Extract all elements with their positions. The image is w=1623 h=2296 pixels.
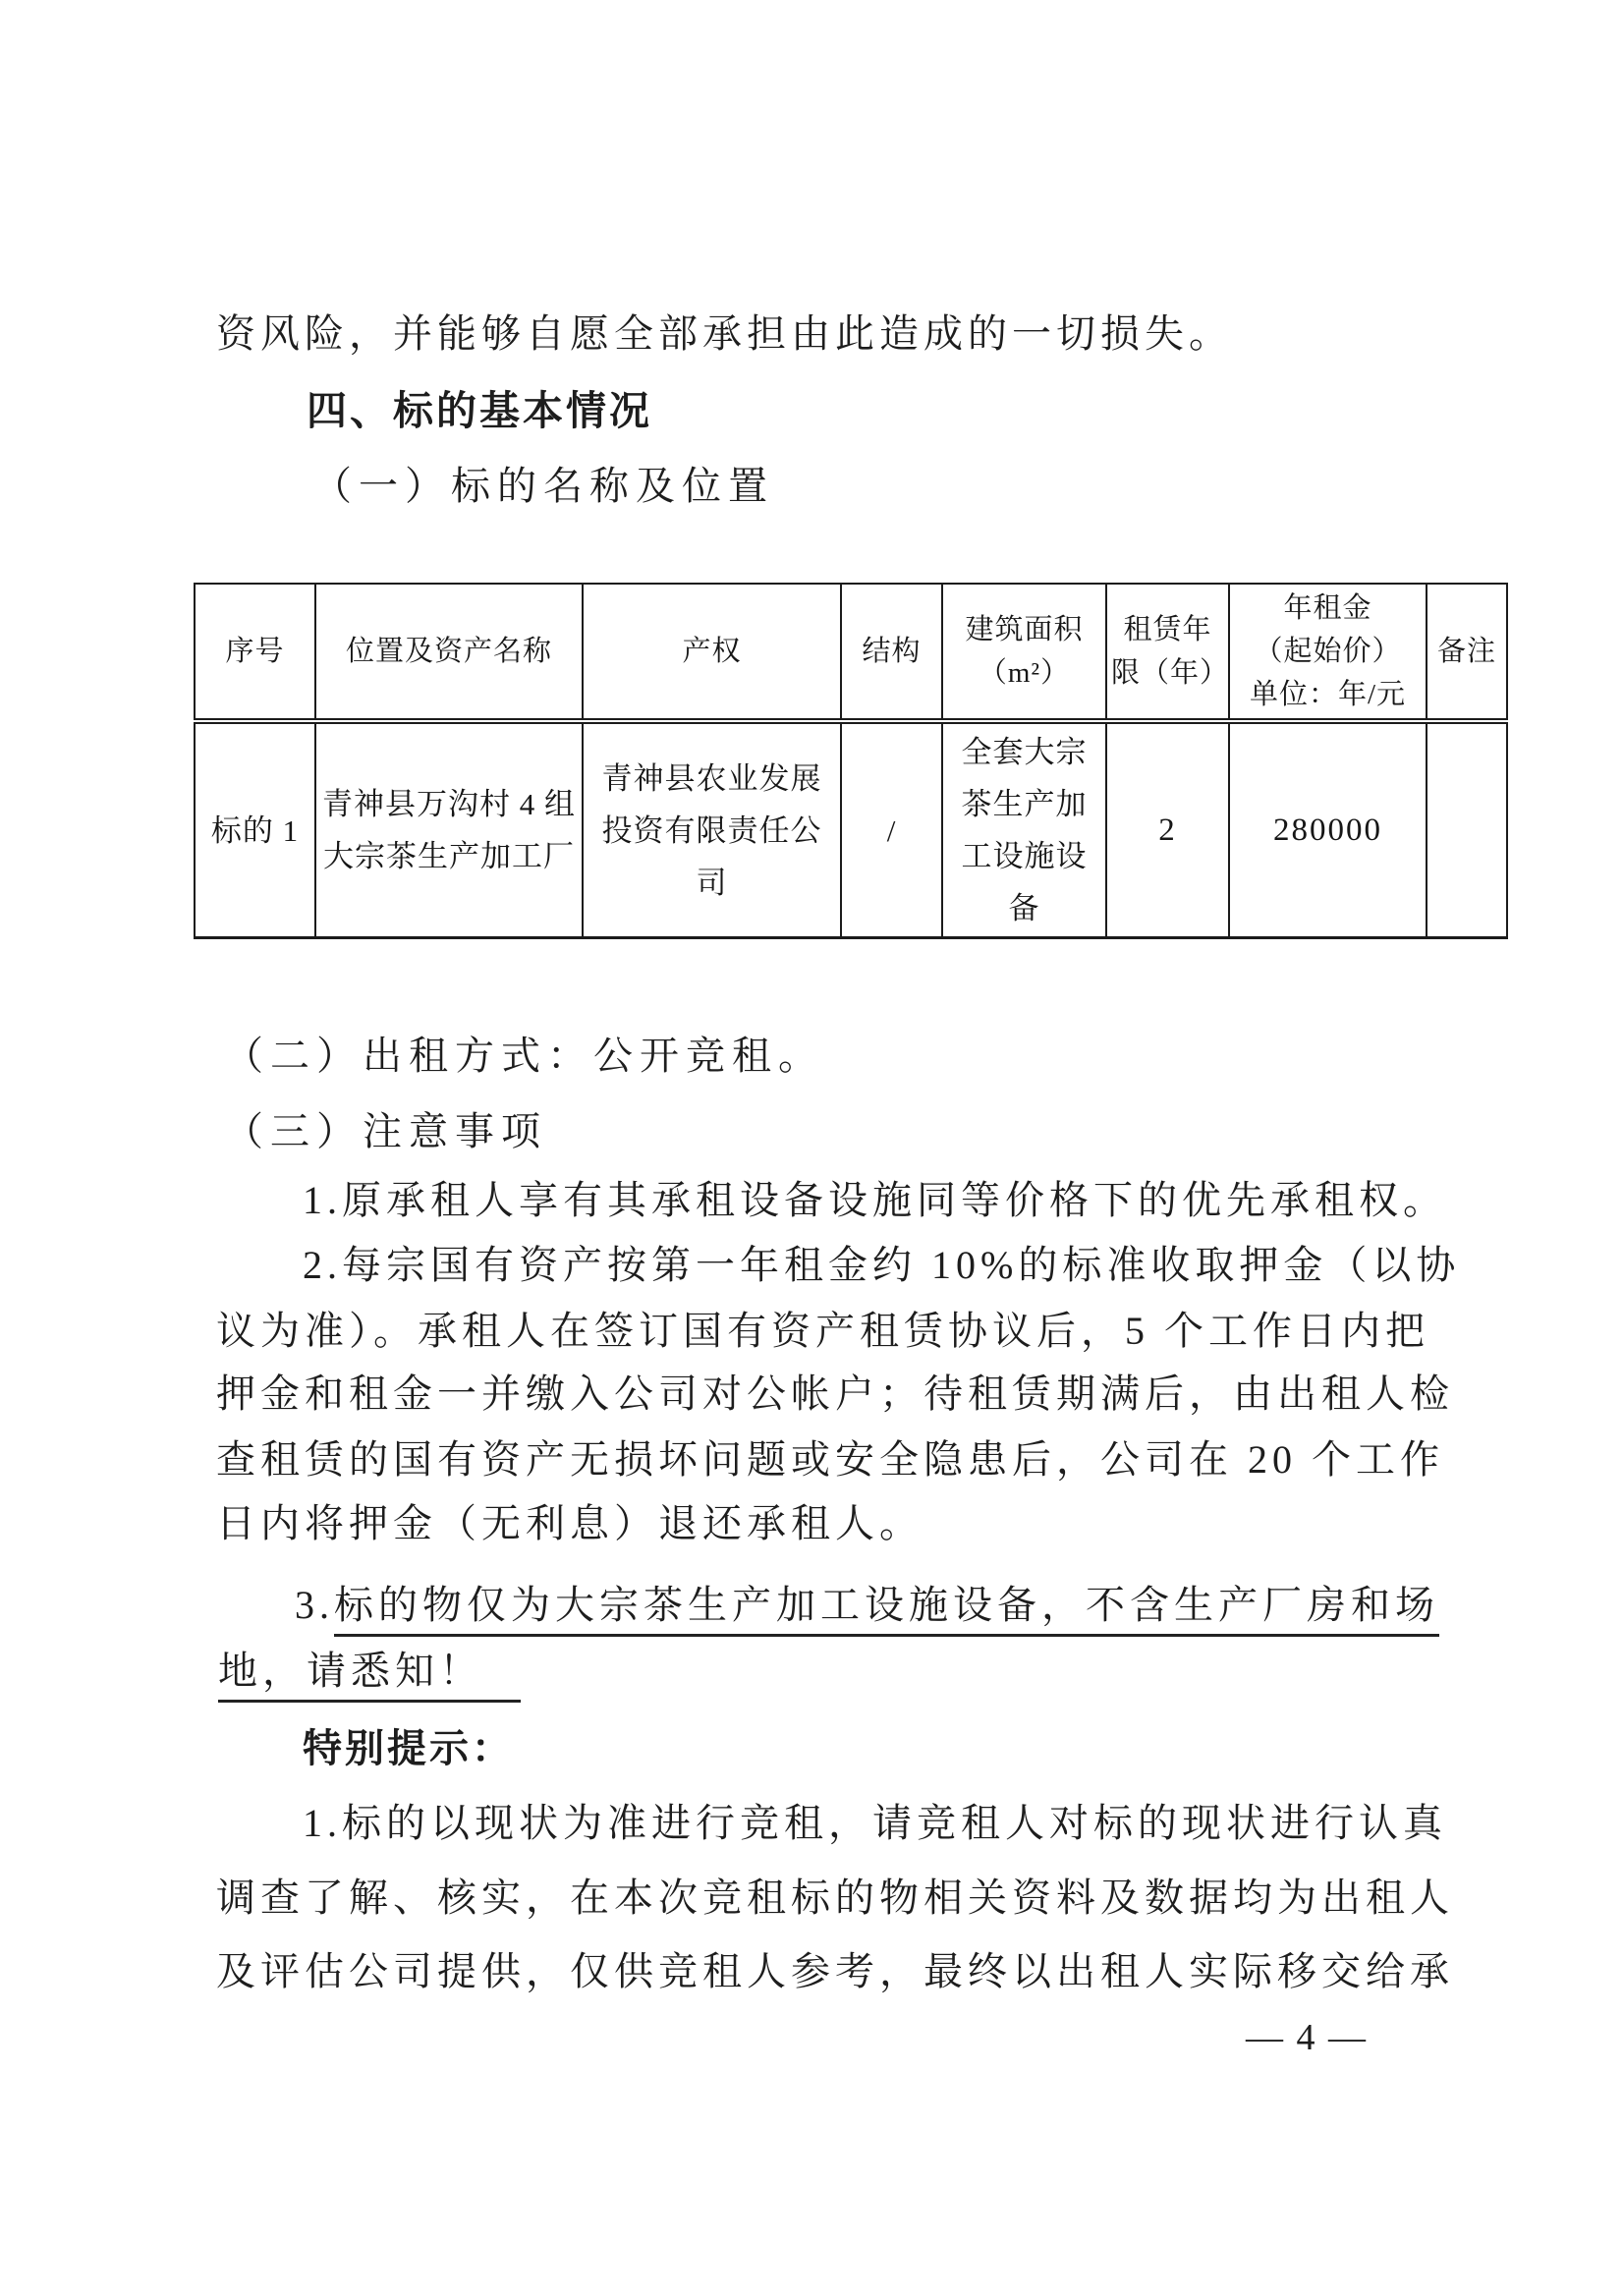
header-annual-rent: 年租金 （起始价） 单位：年/元: [1229, 584, 1427, 721]
table-header-row: 序号 位置及资产名称 产权 结构 建筑面积 （m²） 租赁年 限（年） 年租金 …: [195, 584, 1507, 721]
note3-number: 3.: [295, 1583, 334, 1627]
special1-line2: 调查了解、核实，在本次竞租标的物相关资料及数据均为出租人: [216, 1873, 1454, 1924]
header-lease-years: 租赁年 限（年）: [1106, 584, 1229, 721]
note3-underlined-text2: 地，请悉知！: [218, 1649, 521, 1703]
table-row: 标的 1 青神县万沟村 4 组 大宗茶生产加工厂 青神县农业发展 投资有限责任公…: [195, 721, 1507, 938]
note2-line4: 查租赁的国有资产无损坏问题或安全隐患后，公司在 20 个工作: [216, 1434, 1444, 1485]
document-page: 资风险，并能够自愿全部承担由此造成的一切损失。 四、标的基本情况 （一）标的名称…: [0, 0, 1623, 2296]
note2-line1: 2.每宗国有资产按第一年租金约 10%的标准收取押金（以协: [303, 1240, 1460, 1291]
header-seq: 序号: [195, 584, 315, 721]
section4-heading: 四、标的基本情况: [307, 385, 652, 436]
intro-line: 资风险，并能够自愿全部承担由此造成的一切损失。: [216, 308, 1233, 360]
cell-structure: /: [841, 721, 942, 938]
sub1-heading: （一）标的名称及位置: [312, 461, 774, 512]
special1-line1: 1.标的以现状为准进行竞租，请竞租人对标的现状进行认真: [303, 1798, 1447, 1849]
note1-line: 1.原承租人享有其承租设备设施同等价格下的优先承租权。: [303, 1175, 1447, 1226]
note3-line2: 地，请悉知！: [218, 1646, 521, 1697]
header-location-asset: 位置及资产名称: [315, 584, 583, 721]
sub3-heading: （三）注意事项: [224, 1106, 547, 1157]
cell-ownership: 青神县农业发展 投资有限责任公 司: [583, 721, 841, 938]
cell-seq: 标的 1: [195, 721, 315, 938]
cell-location-asset: 青神县万沟村 4 组 大宗茶生产加工厂: [315, 721, 583, 938]
cell-lease-years: 2: [1106, 721, 1229, 938]
header-building-area: 建筑面积 （m²）: [942, 584, 1106, 721]
cell-annual-rent: 280000: [1229, 721, 1427, 938]
note2-line5: 日内将押金（无利息）退还承租人。: [216, 1498, 923, 1549]
note3-line1: 3.标的物仅为大宗茶生产加工设施设备，不含生产厂房和场: [295, 1580, 1439, 1631]
special1-line3: 及评估公司提供，仅供竞租人参考，最终以出租人实际移交给承: [216, 1946, 1454, 1997]
header-structure: 结构: [841, 584, 942, 721]
note3-underlined-text: 标的物仅为大宗茶生产加工设施设备，不含生产厂房和场: [334, 1583, 1439, 1637]
page-number: — 4 —: [1218, 2016, 1395, 2059]
header-ownership: 产权: [583, 584, 841, 721]
header-remark: 备注: [1427, 584, 1507, 721]
special-heading: 特别提示：: [303, 1723, 514, 1774]
cell-building-area: 全套大宗 茶生产加 工设施设 备: [942, 721, 1106, 938]
cell-remark: [1427, 721, 1507, 938]
lots-table: 序号 位置及资产名称 产权 结构 建筑面积 （m²） 租赁年 限（年） 年租金 …: [194, 583, 1508, 939]
note2-line2: 议为准）。承租人在签订国有资产租赁协议后，5 个工作日内把: [216, 1306, 1429, 1357]
note2-line3: 押金和租金一并缴入公司对公帐户；待租赁期满后，由出租人检: [216, 1369, 1454, 1420]
sub2-line: （二）出租方式：公开竞租。: [224, 1031, 824, 1082]
